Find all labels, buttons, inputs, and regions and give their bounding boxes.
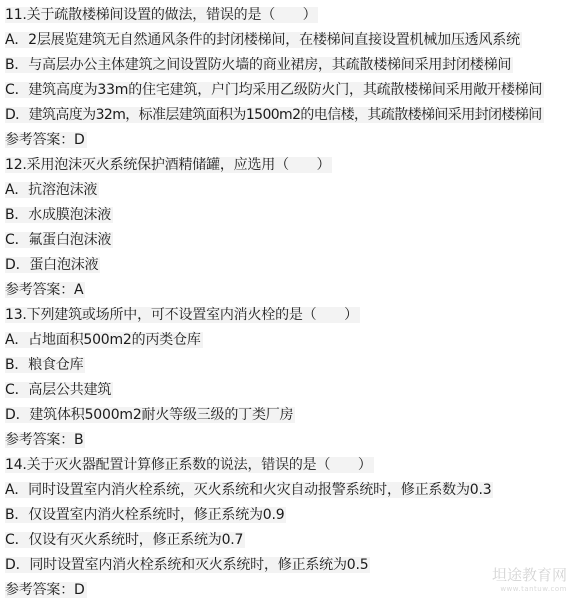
watermark-logo: 坦途教育网 www.tantuw.com <box>492 564 567 593</box>
option-d: D．同时设置室内消火栓系统和灭火系统时，修正系统为0.5 <box>5 553 573 578</box>
option-c: C．氟蛋白泡沫液 <box>5 228 573 253</box>
answer-line: 参考答案：B <box>5 428 573 453</box>
option-a: A．占地面积500m2的丙类仓库 <box>5 328 573 353</box>
option-c: C．建筑高度为33m的住宅建筑，户门均采用乙级防火门，其疏散楼梯间采用敞开楼梯间 <box>5 78 573 103</box>
question-stem: 12.采用泡沫灭火系统保护酒精储罐，应选用（ ） <box>5 153 573 178</box>
question-11: 11.关于疏散楼梯间设置的做法，错误的是（ ） A．2层展览建筑无自然通风条件的… <box>5 3 573 153</box>
watermark-url: www.tantuw.com <box>492 585 567 593</box>
question-12: 12.采用泡沫灭火系统保护酒精储罐，应选用（ ） A．抗溶泡沫液 B．水成膜泡沫… <box>5 153 573 303</box>
option-d: D．建筑体积5000m2耐火等级三级的丁类厂房 <box>5 403 573 428</box>
question-14: 14.关于灭火器配置计算修正系数的说法，错误的是（ ） A．同时设置室内消火栓系… <box>5 453 573 603</box>
option-a: A．同时设置室内消火栓系统，灭火系统和火灾自动报警系统时，修正系数为0.3 <box>5 478 573 503</box>
question-13: 13.下列建筑或场所中，可不设置室内消火栓的是（ ） A．占地面积500m2的丙… <box>5 303 573 453</box>
option-d: D．蛋白泡沫液 <box>5 253 573 278</box>
answer-line: 参考答案：A <box>5 278 573 303</box>
option-d: D．建筑高度为32m，标准层建筑面积为1500m2的电信楼，其疏散楼梯间采用封闭… <box>5 103 573 128</box>
option-b: B．仅设置室内消火栓系统时，修正系统为0.9 <box>5 503 573 528</box>
exam-document: 11.关于疏散楼梯间设置的做法，错误的是（ ） A．2层展览建筑无自然通风条件的… <box>5 3 573 603</box>
answer-line: 参考答案：D <box>5 128 573 153</box>
option-a: A．抗溶泡沫液 <box>5 178 573 203</box>
option-b: B．水成膜泡沫液 <box>5 203 573 228</box>
question-stem: 14.关于灭火器配置计算修正系数的说法，错误的是（ ） <box>5 453 573 478</box>
option-b: B．粮食仓库 <box>5 353 573 378</box>
watermark-brand: 坦途教育网 <box>492 566 567 584</box>
option-a: A．2层展览建筑无自然通风条件的封闭楼梯间，在楼梯间直接设置机械加压透风系统 <box>5 28 573 53</box>
question-stem: 13.下列建筑或场所中，可不设置室内消火栓的是（ ） <box>5 303 573 328</box>
answer-line: 参考答案：D <box>5 578 573 603</box>
question-stem: 11.关于疏散楼梯间设置的做法，错误的是（ ） <box>5 3 573 28</box>
option-b: B．与高层办公主体建筑之间设置防火墙的商业裙房，其疏散楼梯间采用封闭楼梯间 <box>5 53 573 78</box>
option-c: C．仅设有灭火系统时，修正系统为0.7 <box>5 528 573 553</box>
option-c: C．高层公共建筑 <box>5 378 573 403</box>
